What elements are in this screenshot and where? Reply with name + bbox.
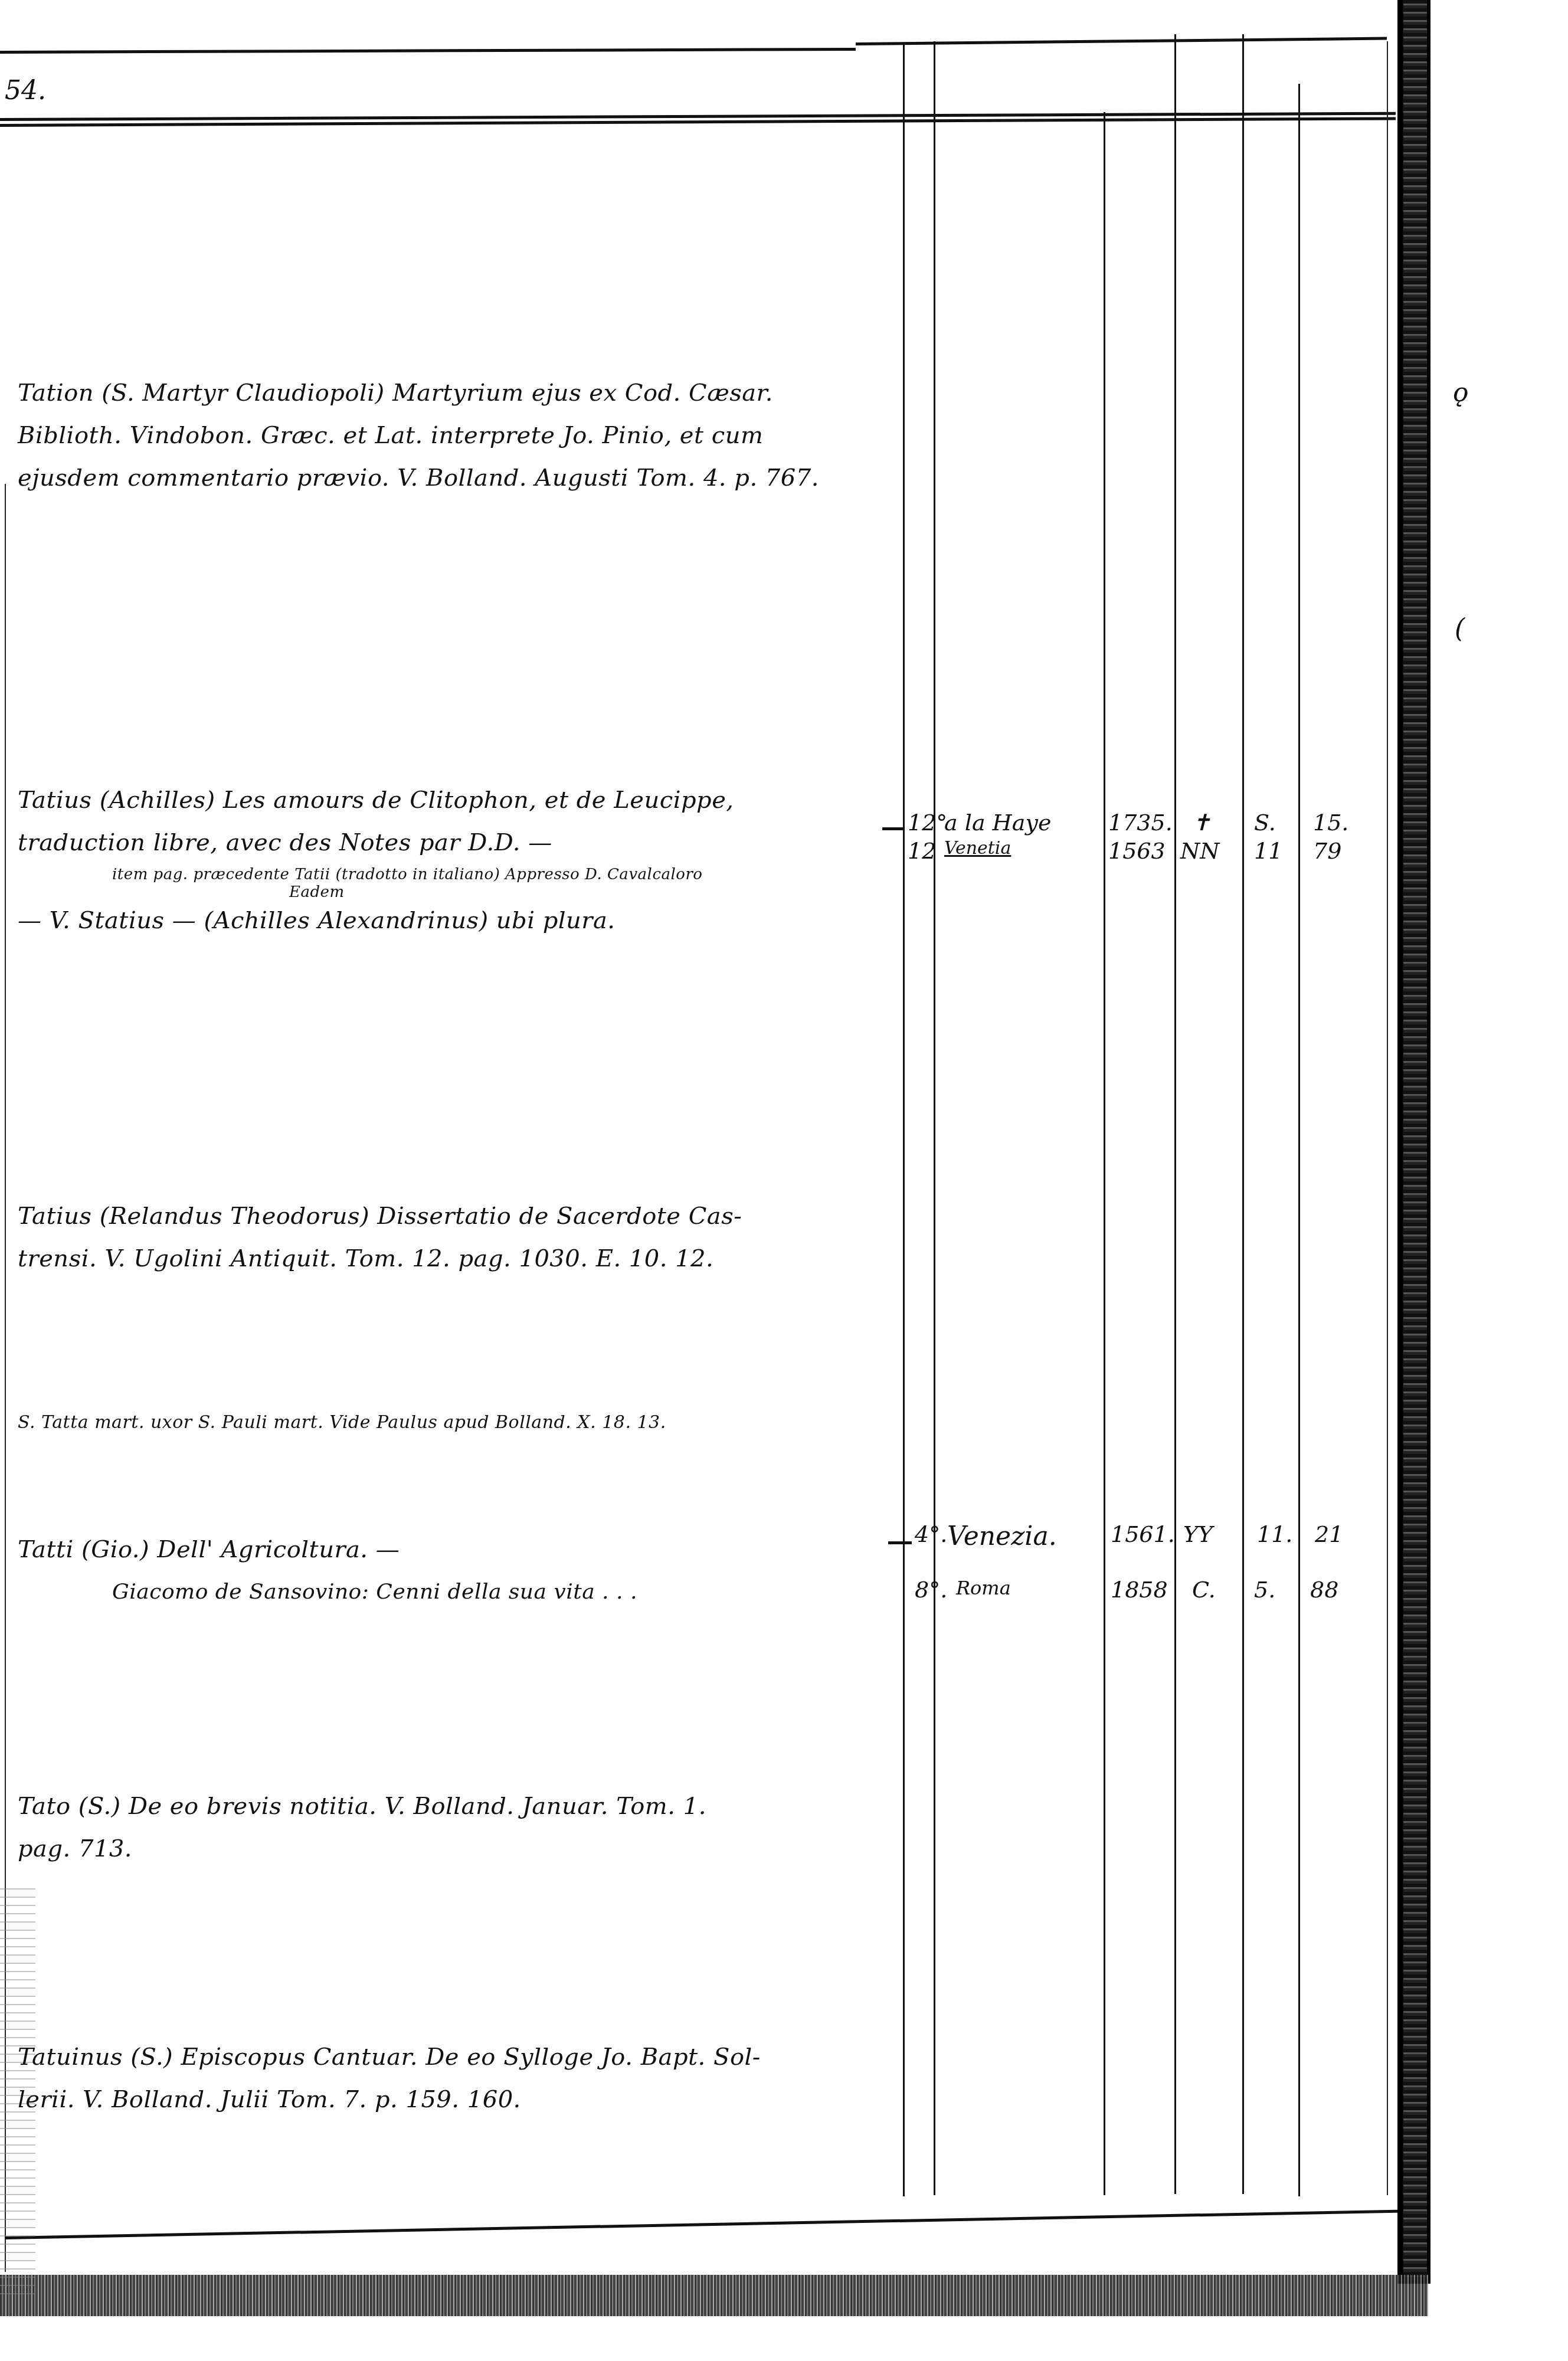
cell-format: 12°	[908, 810, 947, 836]
cell-mark: C.	[1192, 1577, 1216, 1603]
entry-line: Tatti (Gio.) Dell' Agricoltura. —	[18, 1528, 903, 1571]
cell-shelf: S.	[1254, 810, 1276, 836]
entry-tato: Tato (S.) De eo brevis notitia. V. Bolla…	[18, 1785, 903, 1870]
column-line-2	[934, 41, 935, 2195]
entry-line-interlinear: item pag. præcedente Tatii (tradotto in …	[18, 864, 903, 885]
cell-format: 8°.	[915, 1577, 947, 1603]
entry-line: lerii. V. Bolland. Julii Tom. 7. p. 159.…	[18, 2078, 903, 2121]
page-bottom-edge	[0, 2275, 1428, 2316]
cell-shelf: 11	[1254, 838, 1282, 864]
entry-line: Tatius (Achilles) Les amours de Clitopho…	[18, 779, 903, 821]
entry-line: pag. 713.	[18, 1828, 903, 1870]
entry-tatta: S. Tatta mart. uxor S. Pauli mart. Vide …	[18, 1401, 903, 1444]
entry-line: S. Tatta mart. uxor S. Pauli mart. Vide …	[18, 1401, 903, 1444]
cell-mark: YY	[1183, 1521, 1213, 1547]
cell-format: 4°.	[915, 1521, 947, 1547]
cell-year: 1563	[1108, 838, 1166, 864]
cell-place: Venezia.	[947, 1521, 1057, 1551]
entry-line: Giacomo de Sansovino: Cenni della sua vi…	[18, 1571, 903, 1613]
column-line-6	[1298, 84, 1300, 2196]
page-number: 54.	[5, 76, 46, 106]
bottom-rule	[5, 2209, 1427, 2239]
cell-number: 21	[1315, 1521, 1343, 1547]
entry-tatius-relandus: Tatius (Relandus Theodorus) Dissertatio …	[18, 1195, 903, 1280]
entry-tatius-achilles: Tatius (Achilles) Les amours de Clitopho…	[18, 779, 903, 942]
column-line-1	[903, 42, 905, 2196]
entry-line: traduction libre, avec des Notes par D.D…	[18, 821, 903, 864]
entry-line: Tatius (Relandus Theodorus) Dissertatio …	[18, 1195, 903, 1237]
catalog-page: 54. Tation (S. Martyr Claudiopoli) Marty…	[0, 0, 1568, 2361]
entry-line: Biblioth. Vindobon. Græc. et Lat. interp…	[18, 414, 903, 457]
cell-year: 1858	[1111, 1577, 1168, 1603]
row-dash	[888, 1541, 912, 1544]
book-spine	[1397, 0, 1430, 2284]
cell-format: 12	[908, 838, 936, 864]
upper-rule	[0, 48, 856, 54]
column-line-7	[1387, 41, 1388, 2195]
column-line-3	[1104, 112, 1105, 2195]
entry-line: trensi. V. Ugolini Antiquit. Tom. 12. pa…	[18, 1237, 903, 1280]
cell-place: a la Haye	[944, 810, 1051, 836]
entry-line: ejusdem commentario prævio. V. Bolland. …	[18, 457, 903, 499]
cell-number: 15.	[1313, 810, 1348, 836]
cell-mark: NN	[1180, 838, 1220, 864]
entry-line: Tation (S. Martyr Claudiopoli) Martyrium…	[18, 372, 903, 414]
cell-number: 88	[1310, 1577, 1338, 1603]
margin-mark: ǫ	[1453, 378, 1469, 408]
cell-mark: ✝	[1192, 810, 1211, 836]
cell-year: 1561.	[1111, 1521, 1175, 1547]
column-line-4	[1174, 34, 1176, 2194]
margin-mark: (	[1455, 614, 1465, 644]
entry-line: Tato (S.) De eo brevis notitia. V. Bolla…	[18, 1785, 903, 1828]
entry-tatuinus: Tatuinus (S.) Episcopus Cantuar. De eo S…	[18, 2036, 903, 2121]
row-dash	[882, 827, 903, 830]
cell-place: Roma	[956, 1577, 1011, 1599]
entry-tation: Tation (S. Martyr Claudiopoli) Martyrium…	[18, 372, 903, 499]
cell-shelf: 5.	[1254, 1577, 1275, 1603]
cell-place: Venetia	[944, 838, 1011, 859]
column-line-5	[1242, 34, 1244, 2194]
interlinear-note: Eadem	[18, 885, 903, 899]
cell-number: 79	[1313, 838, 1341, 864]
entry-line: Tatuinus (S.) Episcopus Cantuar. De eo S…	[18, 2036, 903, 2078]
cell-year: 1735.	[1108, 810, 1173, 836]
cell-shelf: 11.	[1257, 1521, 1292, 1547]
entry-line: — V. Statius — (Achilles Alexandrinus) u…	[18, 899, 903, 942]
entry-tatti: Tatti (Gio.) Dell' Agricoltura. — Giacom…	[18, 1528, 903, 1613]
